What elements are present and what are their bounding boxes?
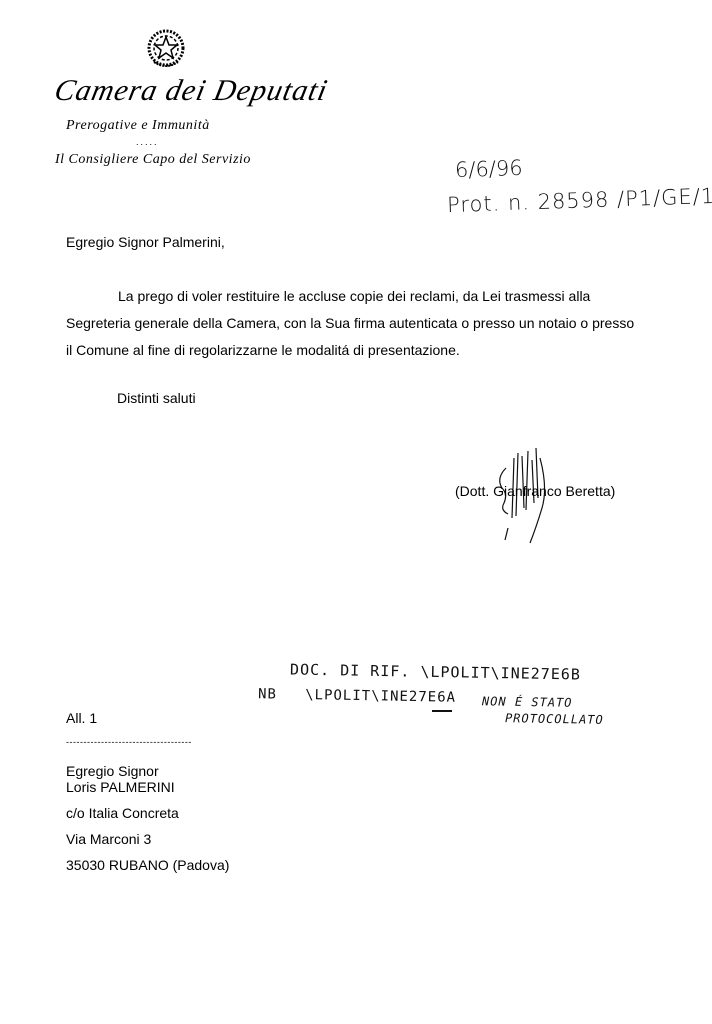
note-nb-line: NB \LPOLIT\INE27E6A [258,686,456,705]
note-status-continued: PROTOCOLLATO [505,711,604,727]
greeting: Egregio Signor Palmerini, [66,234,225,250]
note-status: NON É STATO [482,694,573,710]
recipient-address: Egregio Signor Loris PALMERINI c/o Itali… [66,763,229,873]
address-name: Loris PALMERINI [66,779,229,795]
handwritten-date: 6/6/96 [455,156,523,182]
signatory-name: (Dott. Gianfranco Beretta) [455,483,615,499]
note-nb-path: \LPOLIT\INE27E6A [305,687,456,706]
address-city: 35030 RUBANO (Padova) [66,857,229,873]
address-street: Via Marconi 3 [66,831,229,847]
note-doc-reference: DOC. DI RIF. \LPOLIT\INE27E6B [290,660,581,683]
note-underline [432,710,452,712]
letterhead-separator: ..... [136,137,159,147]
enclosure-label: All. 1 [66,710,97,726]
handwritten-protocol: Prot. n. 28598 /P1/GE/158 [447,183,712,217]
letterhead-institution: Camera dei Deputati [51,74,331,108]
letter-body: La prego di voler restituire le accluse … [66,283,636,364]
address-care-of: c/o Italia Concreta [66,805,229,821]
closing: Distinti saluti [117,390,196,406]
emblem-icon [146,28,186,70]
letter-paragraph: La prego di voler restituire le accluse … [66,283,636,364]
letterhead-role: Il Consigliere Capo del Servizio [55,152,251,168]
address-salutation: Egregio Signor [66,763,229,779]
letterhead-department: Prerogative e Immunità [66,118,210,134]
note-nb-prefix: NB [258,686,277,702]
divider: ------------------------------------ [66,737,192,747]
